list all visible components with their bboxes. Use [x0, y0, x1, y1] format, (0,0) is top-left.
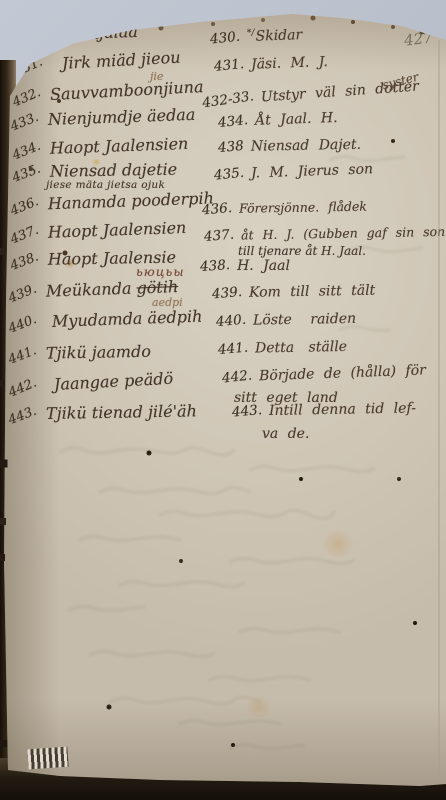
manuscript-page: 427 430 430.Hojutjalaa 431.Jirk miäd jie… — [0, 0, 446, 800]
entry-number: 430. — [209, 28, 241, 47]
entry-text: åt H. J. (Gubben gaf sin son — [241, 224, 445, 243]
entry-text: Hojutjalaa — [54, 22, 139, 44]
footnote-mark: */ — [247, 28, 255, 38]
entry-text: Tjikü jaamdo — [46, 342, 151, 363]
entry-number: 435. — [213, 165, 245, 184]
entry-text-continued: till tjenare åt H. Jaal. — [238, 244, 366, 258]
page-stack-edges — [27, 747, 68, 770]
entry-row: 440.Löste raiden — [216, 311, 356, 329]
entry-row: 439.Kom till sitt tält — [212, 283, 376, 302]
entry-number: 438 — [217, 138, 244, 156]
entry-number: 442. — [221, 368, 253, 387]
entry-text: Meükanda — [46, 279, 132, 301]
entry-text: Åt Jaal. H. — [255, 110, 338, 129]
entry-number: 441. — [217, 340, 248, 359]
entry-row: 443.Intill denna tid lef- — [232, 400, 416, 419]
entry-number: 437. — [203, 227, 234, 246]
entry-number: 436. — [201, 200, 232, 219]
entry-text: Intill denna tid lef- — [269, 400, 416, 419]
entry-row: 438.H. Jaal — [200, 258, 290, 274]
entry-text: Niensad dajetie — [50, 160, 178, 181]
entry-text: Detta ställe — [255, 339, 347, 357]
page-edge-line — [438, 40, 440, 784]
entry-text: Förersjönne. flådek — [239, 199, 367, 216]
entry-row: 436.Förersjönne. flådek — [202, 199, 367, 218]
entry-text: Jäsi. M. J. — [251, 54, 328, 73]
insertion-annotation: jie — [150, 70, 163, 83]
struck-word: götih — [136, 277, 178, 297]
page-number-pencil: 427 — [403, 28, 434, 49]
entry-number: 438. — [199, 257, 230, 275]
entry-row: 430.*/Skidar — [210, 26, 303, 46]
stain — [320, 530, 356, 558]
entry-number: 434. — [217, 112, 249, 131]
entry-number: 430. — [14, 25, 46, 50]
entry-text: Kom till sitt tält — [249, 283, 375, 301]
photo-background: 427 430 430.Hojutjalaa 431.Jirk miäd jie… — [0, 0, 446, 800]
entry-number: 443. — [231, 402, 262, 421]
entry-text-continued: va de. — [262, 426, 309, 442]
entry-row: 438Niensad Dajet. — [218, 137, 361, 155]
stain — [244, 696, 274, 718]
entry-row: 441.Tjikü jaamdo — [8, 342, 151, 363]
entry-text: H. Jaal — [237, 258, 290, 274]
entry-subtext: jiese mäta jietsa ojuk — [46, 179, 165, 191]
entry-number: 431. — [213, 56, 245, 75]
entry-row: 441.Detta ställe — [218, 339, 347, 357]
entry-number: 439. — [211, 284, 242, 303]
entry-text: Löste raiden — [253, 311, 356, 329]
entry-number: 440. — [215, 312, 246, 331]
entry-text: Tjikü tienad jilé'äh — [46, 401, 197, 423]
adjacent-page-ink-marks — [0, 0, 3, 3]
entry-text: Skidar — [255, 27, 302, 45]
faint-top-number: 430 — [47, 12, 72, 30]
entry-text: Niensad Dajet. — [251, 137, 362, 155]
entry-row: 443.Tjikü tienad jilé'äh — [8, 401, 197, 423]
